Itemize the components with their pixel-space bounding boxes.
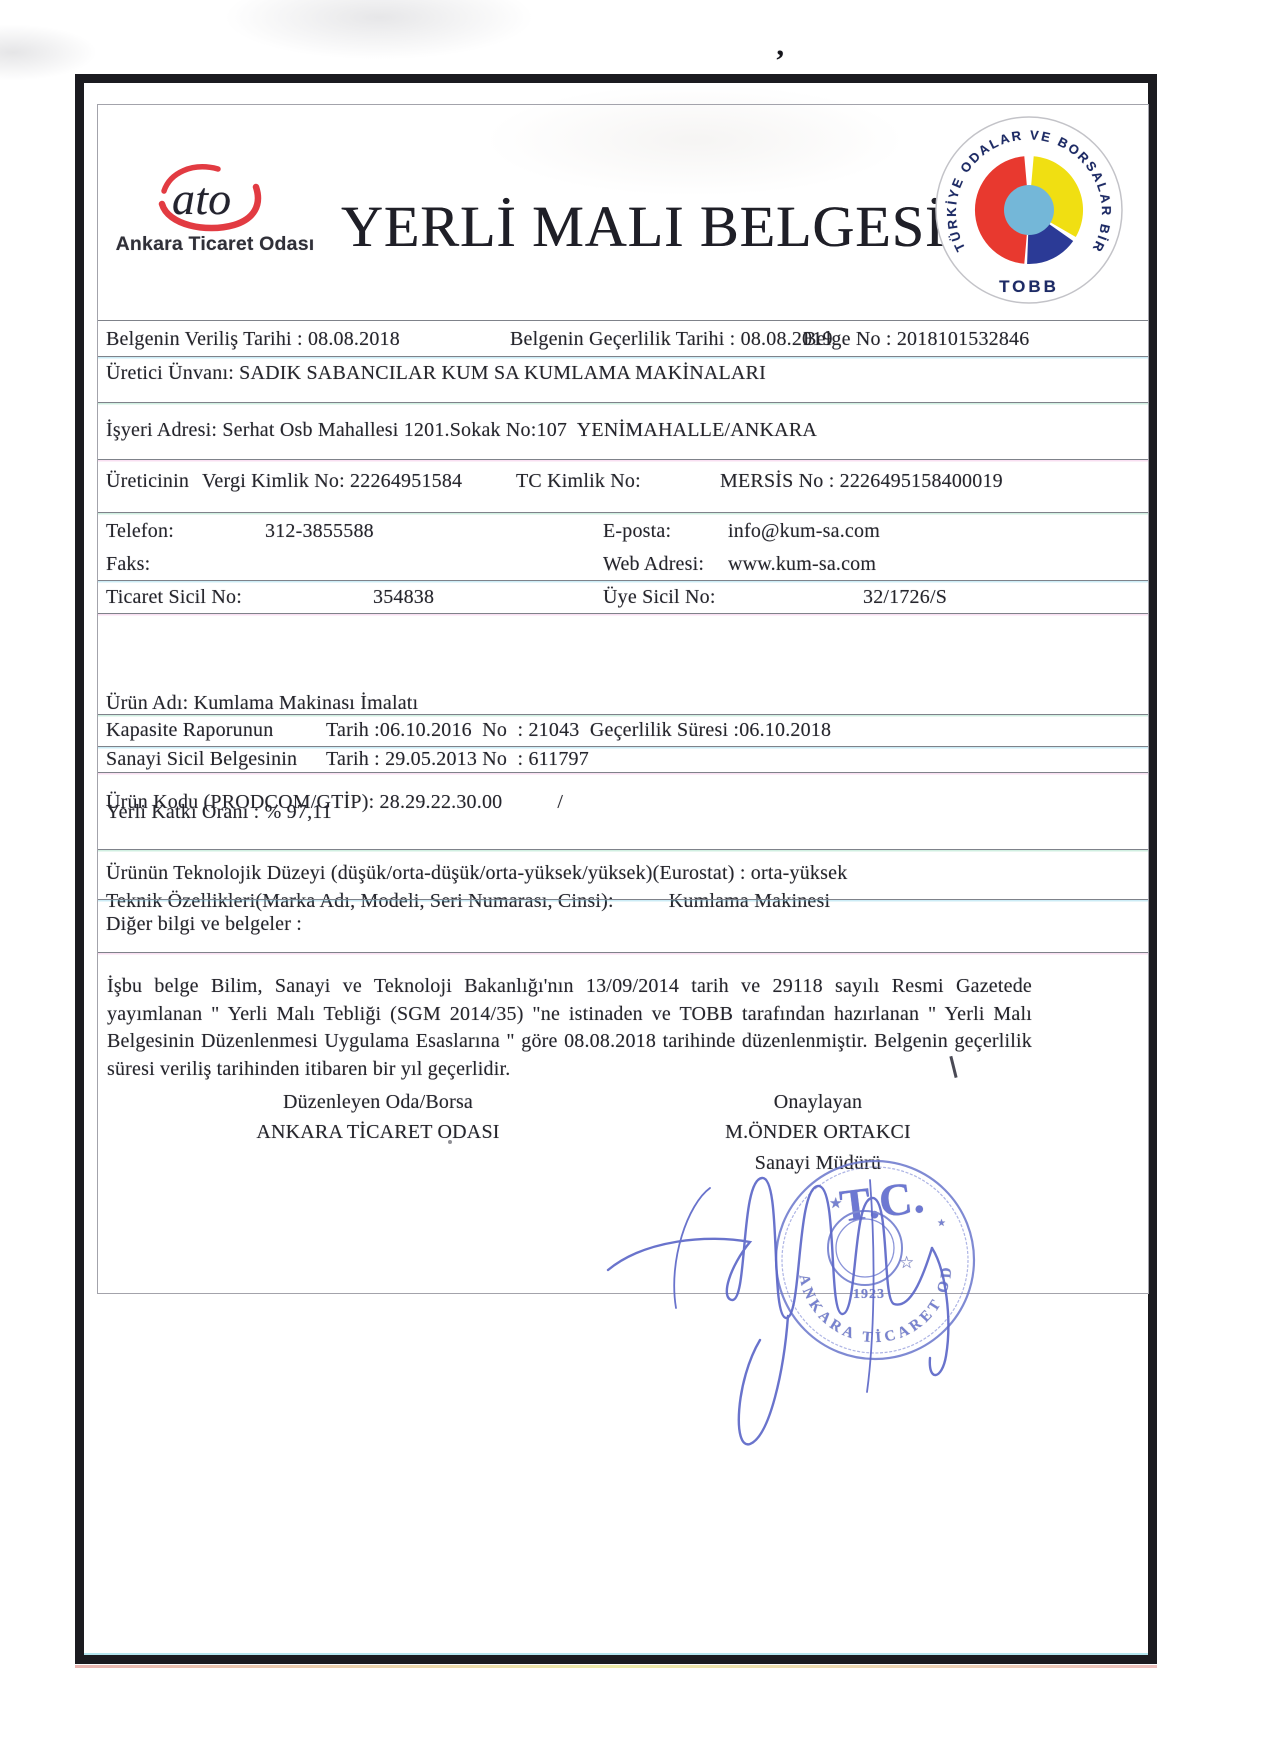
producer-title-value: SADIK SABANCILAR KUM SA KUMLAMA MAKİNALA… <box>239 362 766 384</box>
row-contact: Telefon: 312-3855588 Faks: E-posta: info… <box>98 513 1148 581</box>
row-certificate-meta: Belgenin Veriliş Tarihi : 08.08.2018 Bel… <box>98 320 1148 357</box>
approver-signature-column: Onaylayan M.ÖNDER ORTAKCI Sanayi Müdürü <box>598 1091 1038 1175</box>
tax-id-label: Vergi Kimlik No: <box>202 470 345 492</box>
ato-logo-caption: Ankara Ticaret Odası <box>108 233 322 256</box>
scan-artifact-dot <box>448 1140 452 1144</box>
certificate-border: ato Ankara Ticaret Odası YERLİ MALI BELG… <box>75 74 1157 1664</box>
valid-date-label: Belgenin Geçerlilik Tarihi : <box>510 328 735 350</box>
row-capacity-report: Kapasite Raporunun Tarih :06.10.2016 No … <box>98 715 1148 747</box>
tax-id-value: 22264951584 <box>350 470 462 492</box>
row-registry-numbers: Ticaret Sicil No: 354838 Üye Sicil No: 3… <box>98 581 1148 614</box>
email-value: info@kum-sa.com <box>728 520 880 543</box>
issuer-role-label: Düzenleyen Oda/Borsa <box>183 1091 573 1114</box>
capacity-report-label: Kapasite Raporunun <box>106 719 273 742</box>
technology-level-text: Ürünün Teknolojik Düzeyi (düşük/orta-düş… <box>98 850 1148 885</box>
issuer-name: ANKARA TİCARET ODASI <box>183 1121 573 1144</box>
issue-date-value: 08.08.2018 <box>308 328 400 350</box>
scan-artifact-mark: ’ <box>775 44 785 78</box>
product-name-value: Kumlama Makinası İmalatı <box>194 692 419 714</box>
document-title: YERLİ MALI BELGESİ <box>333 193 953 260</box>
email-label: E-posta: <box>603 520 671 543</box>
member-registry-value: 32/1726/S <box>863 586 947 609</box>
statement-line: İşbu belge Bilim, Sanayi ve Teknoloji Ba… <box>107 973 1032 1001</box>
row-business-address: İşyeri Adresi: Serhat Osb Mahallesi 1201… <box>98 403 1148 460</box>
row-industry-registry: Sanayi Sicil Belgesinin Tarih : 29.05.20… <box>98 747 1148 773</box>
statement-line: yayımlanan " Yerli Malı Tebliği (SGM 201… <box>107 1001 1032 1029</box>
web-value: www.kum-sa.com <box>728 553 876 576</box>
address-value: Serhat Osb Mahallesi 1201.Sokak No:107 Y… <box>222 419 817 441</box>
industry-registry-label: Sanayi Sicil Belgesinin <box>106 748 297 771</box>
row-tax-ids: Üreticinin Vergi Kimlik No: 22264951584 … <box>98 460 1148 513</box>
other-info-label: Diğer bilgi ve belgeler : <box>98 900 1148 936</box>
mersis-label: MERSİS No : <box>720 470 834 492</box>
row-local-content-ratio: Yerli Katkı Oranı : % 97,11 <box>98 773 1148 850</box>
industry-registry-detail: Tarih : 29.05.2013 No : 611797 <box>326 748 589 771</box>
web-label: Web Adresi: <box>603 553 704 576</box>
ato-logo-text: ato <box>172 173 231 224</box>
row-product-info: Ürün Adı: Kumlama Makinası İmalatı Ürün … <box>98 614 1148 715</box>
mersis-value: 2226495158400019 <box>840 470 1003 492</box>
issue-date-label: Belgenin Veriliş Tarihi : <box>106 328 303 350</box>
certificate-header: ato Ankara Ticaret Odası YERLİ MALI BELG… <box>98 105 1148 320</box>
approver-name: M.ÖNDER ORTAKCI <box>598 1121 1038 1144</box>
product-name-label: Ürün Adı: <box>106 692 188 714</box>
producer-row-label: Üreticinin <box>106 470 189 493</box>
row-technology-level: Ürünün Teknolojik Düzeyi (düşük/orta-düş… <box>98 850 1148 900</box>
tobb-logo-center <box>1004 185 1054 235</box>
approver-role-label: Onaylayan <box>598 1091 1038 1114</box>
tobb-logo-abbr: TOBB <box>999 277 1059 296</box>
tobb-logo: TÜRKİYE ODALAR VE BORSALAR BİRLİĞİ TOBB <box>931 110 1127 306</box>
trade-registry-value: 354838 <box>373 586 434 609</box>
row-producer-title: Üretici Ünvanı: SADIK SABANCILAR KUM SA … <box>98 357 1148 403</box>
scanned-certificate-page: ’ ato Ankara Ticaret Odası YERLİ MALI BE… <box>0 0 1264 1752</box>
tc-id-label: TC Kimlik No: <box>516 470 641 493</box>
local-content-text: Yerli Katkı Oranı : % 97,11 <box>98 773 1148 824</box>
certificate-no-label: Belge No : <box>803 328 892 350</box>
phone-value: 312-3855588 <box>265 520 374 543</box>
producer-title-label: Üretici Ünvanı: <box>106 362 234 384</box>
statement-line: Belgesinin Düzenlenmesi Uygulama Esaslar… <box>107 1028 1032 1056</box>
capacity-report-detail: Tarih :06.10.2016 No : 21043 Geçerlilik … <box>326 719 831 742</box>
fax-label: Faks: <box>106 553 150 576</box>
address-label: İşyeri Adresi: <box>106 419 217 441</box>
approver-title: Sanayi Müdürü <box>598 1152 1038 1175</box>
issuer-signature-column: Düzenleyen Oda/Borsa ANKARA TİCARET ODAS… <box>183 1091 573 1144</box>
statement-line: süresi veriliş tarihinden itibaren bir y… <box>107 1056 1032 1084</box>
ato-logo: ato <box>156 163 268 231</box>
certificate-no-value: 2018101532846 <box>897 328 1030 350</box>
phone-label: Telefon: <box>106 520 174 543</box>
trade-registry-label: Ticaret Sicil No: <box>106 586 242 609</box>
statement-block: İşbu belge Bilim, Sanayi ve Teknoloji Ba… <box>98 953 1148 1295</box>
statement-paragraph: İşbu belge Bilim, Sanayi ve Teknoloji Ba… <box>98 953 1032 1083</box>
member-registry-label: Üye Sicil No: <box>603 586 716 609</box>
row-other-info: Diğer bilgi ve belgeler : <box>98 900 1148 953</box>
certificate-body: ato Ankara Ticaret Odası YERLİ MALI BELG… <box>97 104 1149 1294</box>
